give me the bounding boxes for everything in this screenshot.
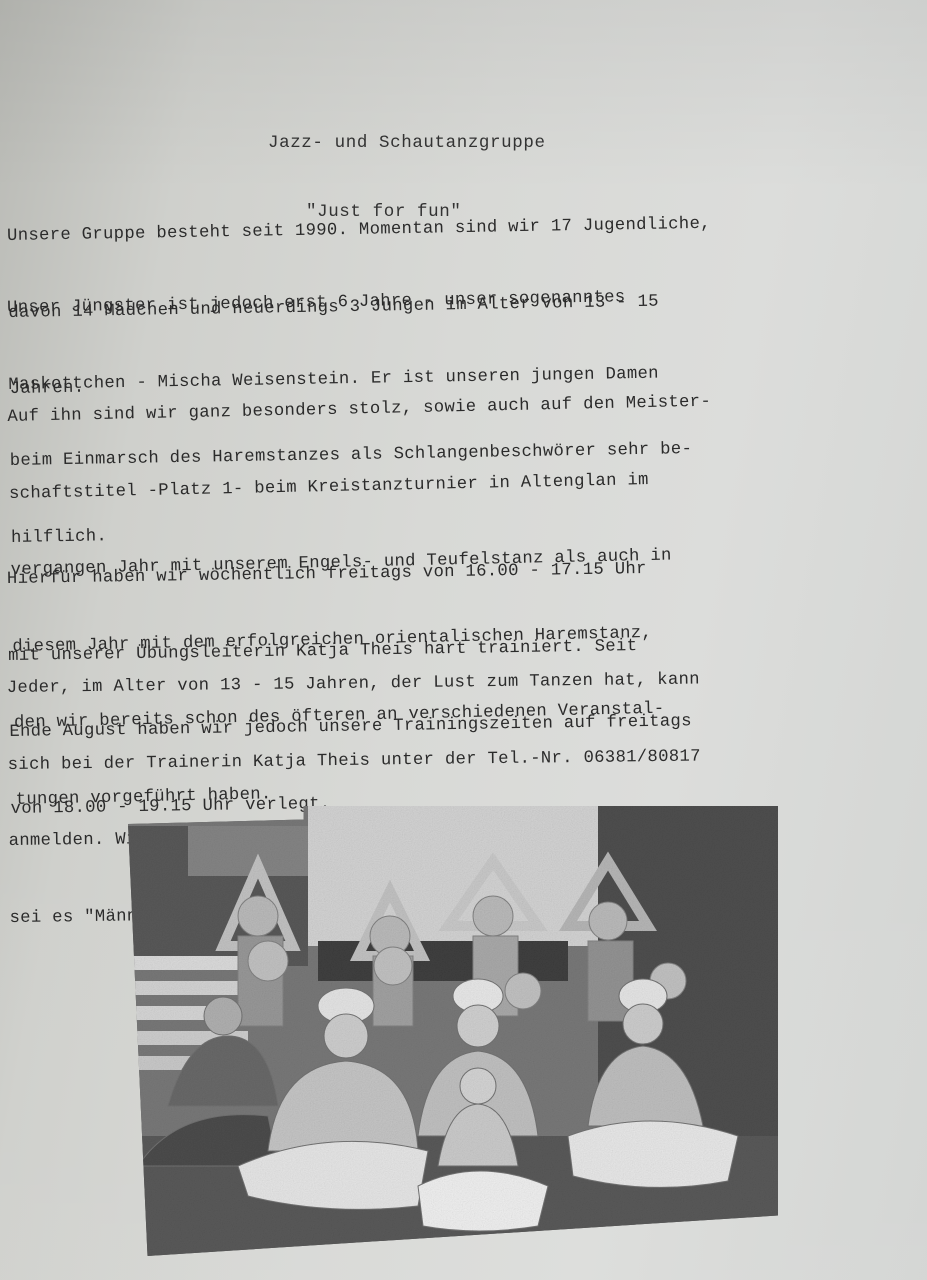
text-line: Unser Jüngster ist jedoch erst 6 Jahre -… xyxy=(7,284,690,321)
text-line: schaftstitel -Platz 1- beim Kreistanztur… xyxy=(9,466,713,507)
text-line: Auf ihn sind wir ganz besonders stolz, s… xyxy=(7,390,711,431)
group-photo-image xyxy=(128,806,778,1256)
title-line-1: Jazz- und Schautanzgruppe xyxy=(268,132,546,155)
text-line: Jeder, im Alter von 13 - 15 Jahren, der … xyxy=(7,668,700,702)
group-photo xyxy=(128,806,778,1256)
scanned-document-page: Jazz- und Schautanzgruppe "Just for fun"… xyxy=(0,0,927,1280)
text-line: sich bei der Trainerin Katja Theis unter… xyxy=(8,744,701,778)
text-line: Hierfür haben wir wöchentlich freitags v… xyxy=(7,556,690,592)
